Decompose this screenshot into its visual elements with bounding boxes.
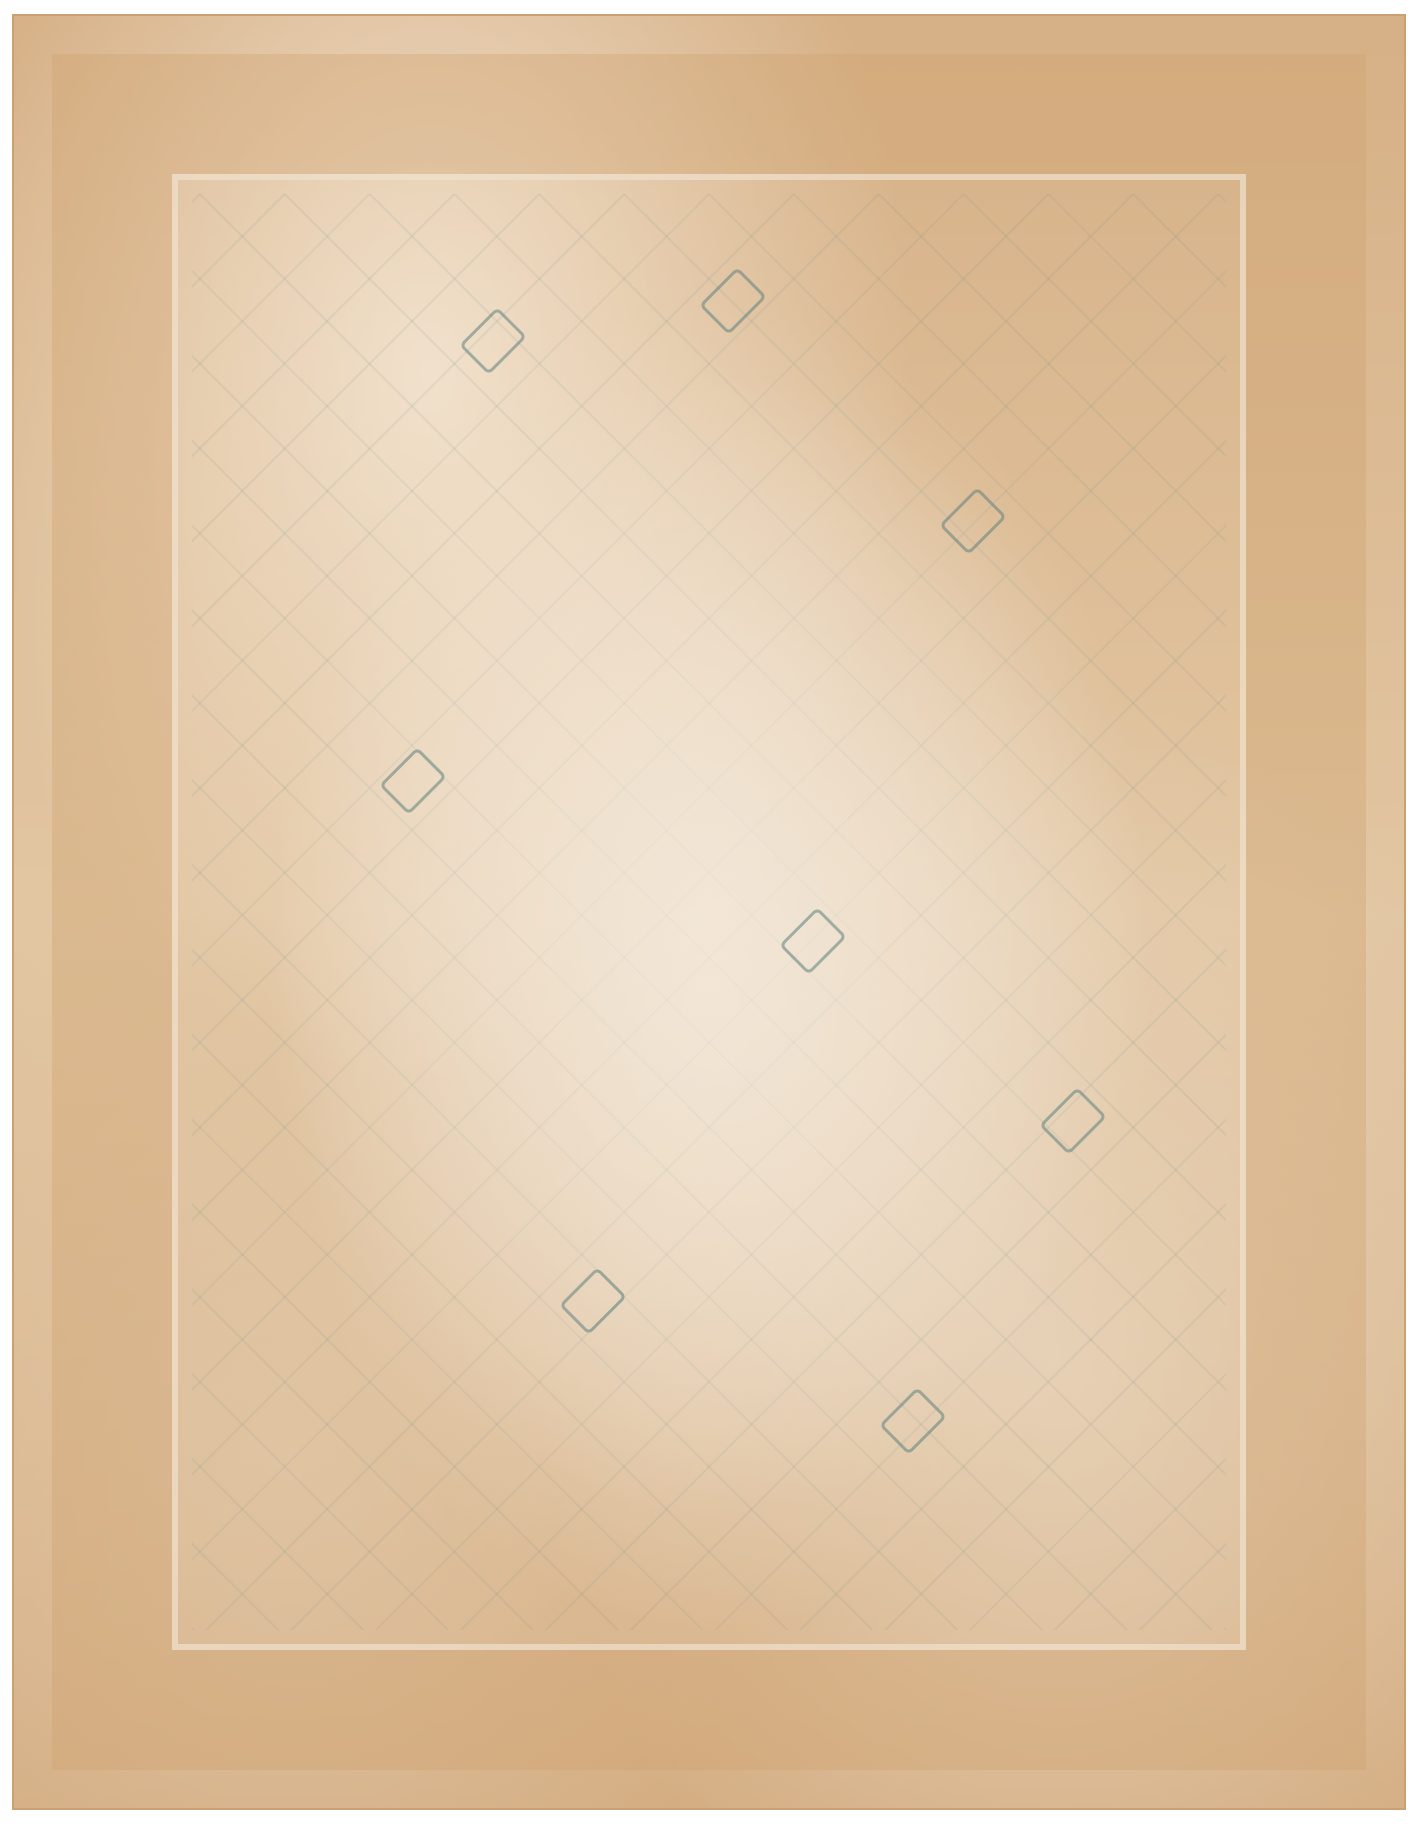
motif-icon — [459, 307, 527, 375]
motif-icon — [699, 267, 767, 335]
rug-photo: Vintage distressed rug, faded beige and … — [12, 14, 1406, 1810]
motif-icon — [939, 487, 1007, 555]
rug-field — [192, 194, 1226, 1630]
motif-icon — [779, 907, 847, 975]
motif-icon — [559, 1267, 627, 1335]
motif-icon — [379, 747, 447, 815]
motif-icon — [879, 1387, 947, 1455]
motif-icon — [1039, 1087, 1107, 1155]
